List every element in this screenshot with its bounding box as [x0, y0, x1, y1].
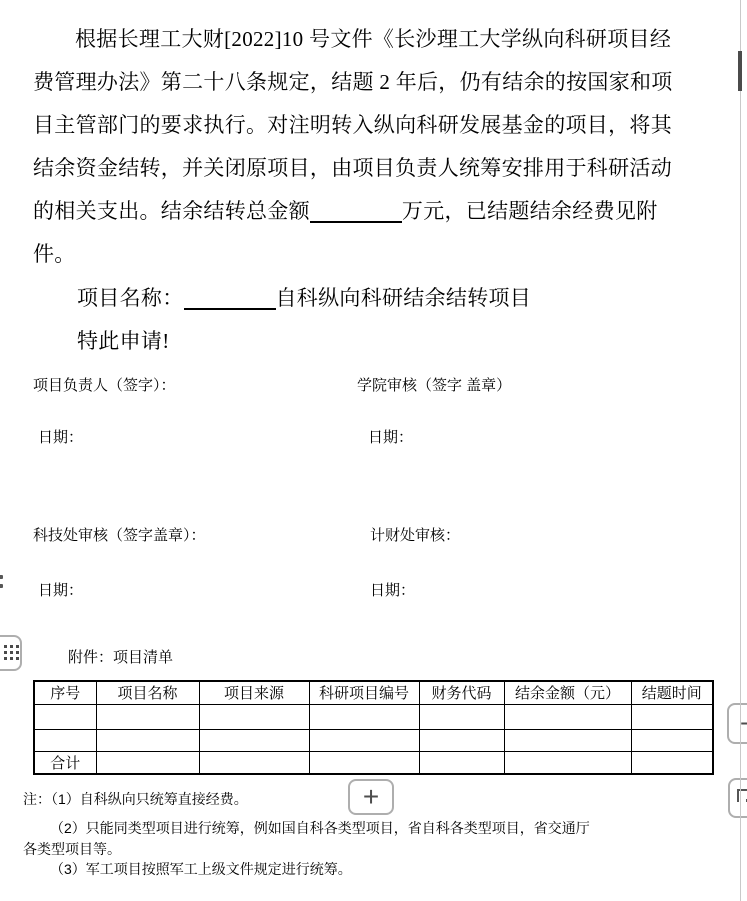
paragraph-line-1: 根据长理工大财[2022]10 号文件《长沙理工大学纵向科研项目经 [75, 28, 671, 51]
col-header-closing-time: 结题时间 [631, 681, 713, 704]
paragraph-line-5: 的相关支出。结余结转总金额万元，已结题结余经费见附 [33, 200, 658, 223]
finance-office-review-label: 计财处审核： [370, 527, 460, 545]
paragraph-line-4: 结余资金结转，并关闭原项目，由项目负责人统筹安排用于科研活动 [33, 157, 672, 180]
paragraph-line-2: 费管理办法》第二十八条规定，结题 2 年后，仍有结余的按国家和项 [33, 71, 673, 94]
table-cell [96, 751, 199, 774]
note-line-1: 注：（1）自科纵向只统筹直接经费。 [23, 791, 248, 808]
table-header-row: 序号 项目名称 项目来源 科研项目编号 财务代码 结余金额（元） 结题时间 [34, 681, 713, 704]
grid-dots-icon [4, 645, 21, 662]
paragraph-text: 万元，已结题结余经费见附 [402, 199, 658, 223]
paragraph-line-3: 目主管部门的要求执行。对注明转入纵向科研发展基金的项目，将其 [33, 114, 672, 137]
total-label-cell: 合计 [34, 751, 96, 774]
paragraph-line-6: 件。 [33, 243, 76, 266]
attachment-title: 附件：项目清单 [68, 649, 173, 667]
amount-blank-underline [310, 204, 402, 223]
note-line-3: 各类型项目等。 [23, 841, 121, 858]
paragraph-text: 的相关支出。结余结转总金额 [33, 199, 310, 223]
table-cell [419, 729, 504, 751]
scrollbar-thumb[interactable] [738, 51, 742, 91]
table-cell [34, 729, 96, 751]
partial-dots-icon [0, 575, 3, 579]
col-header-serial: 序号 [34, 681, 96, 704]
table-row [34, 729, 713, 751]
date-label-2: 日期： [368, 429, 413, 447]
table-cell [419, 751, 504, 774]
note-line-2: （2）只能同类型项目进行统筹，例如国自科各类型项目，省自科各类型项目，省交通厅 [50, 820, 590, 837]
project-name-line: 项目名称：自科纵向科研结余结转项目 [77, 287, 531, 310]
table-cell [504, 729, 631, 751]
table-cell [419, 704, 504, 729]
add-button-right-edge[interactable]: + [727, 703, 747, 744]
table-row [34, 704, 713, 729]
note-line-4: （3）军工项目按照军工上级文件规定进行统筹。 [50, 861, 352, 878]
table-cell [309, 704, 419, 729]
col-header-finance-code: 财务代码 [419, 681, 504, 704]
table-cell [309, 751, 419, 774]
project-list-table: 序号 项目名称 项目来源 科研项目编号 财务代码 结余金额（元） 结题时间 合计 [33, 680, 714, 775]
add-button[interactable]: + [348, 779, 394, 815]
project-leader-sign-label: 项目负责人（签字）： [33, 377, 176, 395]
add-icon: + [363, 781, 379, 813]
col-header-source: 项目来源 [199, 681, 309, 704]
table-cell [631, 751, 713, 774]
table-cell [631, 729, 713, 751]
project-name-value: 自科纵向科研结余结转项目 [276, 286, 532, 310]
table-cell [504, 751, 631, 774]
date-label-4: 日期： [370, 582, 415, 600]
project-name-blank-underline [184, 291, 276, 310]
col-header-project-name: 项目名称 [96, 681, 199, 704]
grid-handle-button[interactable] [0, 635, 22, 671]
table-cell [199, 704, 309, 729]
table-total-row: 合计 [34, 751, 713, 774]
partial-dots-icon [0, 584, 3, 588]
apply-statement: 特此申请! [77, 330, 170, 353]
table-cell [504, 704, 631, 729]
tech-office-review-label: 科技处审核（签字盖章）： [33, 527, 206, 545]
table-cell [199, 729, 309, 751]
project-name-label: 项目名称： [77, 286, 184, 310]
table-cell [309, 729, 419, 751]
table-cell [34, 704, 96, 729]
crop-button-right-edge[interactable] [728, 778, 747, 818]
col-header-balance: 结余金额（元） [504, 681, 631, 704]
table-cell [96, 729, 199, 751]
date-label-1: 日期： [38, 429, 83, 447]
document-page: 根据长理工大财[2022]10 号文件《长沙理工大学纵向科研项目经 费管理办法》… [0, 0, 747, 901]
college-review-sign-label: 学院审核（签字 盖章） [357, 377, 511, 395]
date-label-3: 日期： [38, 582, 83, 600]
table-cell [96, 704, 199, 729]
table-cell [631, 704, 713, 729]
col-header-project-code: 科研项目编号 [309, 681, 419, 704]
page-edge-divider [740, 0, 741, 901]
table-cell [199, 751, 309, 774]
